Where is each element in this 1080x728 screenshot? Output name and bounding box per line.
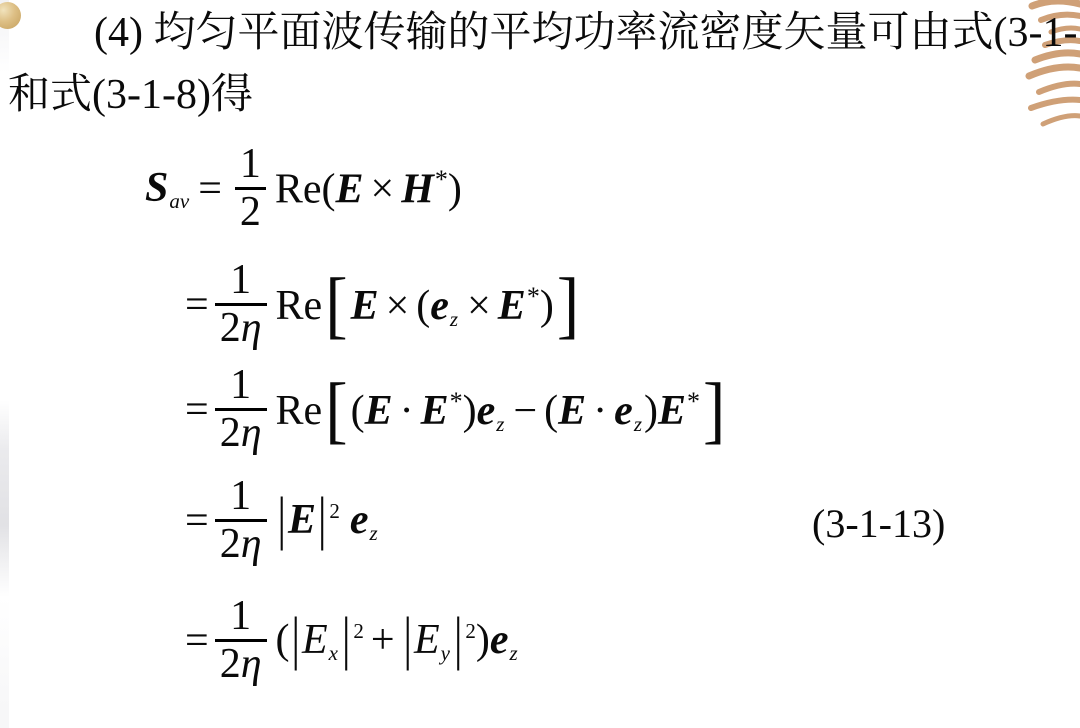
equation-line-3: = 1 2η Re[(E·E*)ez−(E·ez)E*] xyxy=(185,363,728,457)
den-two: 2 xyxy=(220,521,241,567)
squared-exponent: 2 xyxy=(465,619,476,643)
unit-vector-e: e xyxy=(350,497,369,543)
abs-bar-right: | xyxy=(318,488,326,553)
fraction-one-half: 1 2 xyxy=(235,142,266,236)
subscript-z: z xyxy=(370,521,378,545)
vector-E: E xyxy=(288,497,316,543)
equals-sign: = xyxy=(198,166,222,212)
left-paren: ( xyxy=(276,617,290,663)
abs-bar-left: | xyxy=(278,488,286,553)
big-right-bracket: ] xyxy=(557,263,579,346)
heading-line-1: (4) 均匀平面波传输的平均功率流密度矢量可由式(3-1-7) xyxy=(94,8,1080,58)
unit-vector-e: e xyxy=(490,617,509,663)
vector-S: S xyxy=(145,165,168,211)
den-eta: η xyxy=(241,641,262,687)
subscript-av: av xyxy=(169,189,189,213)
bead-decoration xyxy=(0,2,21,29)
re-operator: Re xyxy=(275,166,322,212)
big-left-bracket: [ xyxy=(325,263,347,346)
conjugate-star: * xyxy=(435,165,448,194)
equals-sign: = xyxy=(185,387,209,433)
equation-line-4: = 1 2η |E|2ez xyxy=(185,474,380,568)
vector-H: H xyxy=(401,166,434,212)
unit-vector-e: e xyxy=(430,283,449,329)
subscript-z: z xyxy=(450,307,458,331)
cross-sign: × xyxy=(371,166,395,212)
heading-line-2: 和式(3-1-8)得 xyxy=(8,70,253,120)
conjugate-star: * xyxy=(527,282,540,311)
left-paren: ( xyxy=(351,388,365,434)
equals-sign: = xyxy=(185,618,209,664)
fraction-one-over-2eta: 1 2η xyxy=(215,594,267,688)
lhs-S-av: Sav xyxy=(145,165,191,213)
cross-sign: × xyxy=(467,283,491,329)
dot-product-sign: · xyxy=(400,388,414,434)
vector-E: E xyxy=(658,388,686,434)
scalar-E: E xyxy=(302,617,328,663)
dot-product-sign: · xyxy=(593,388,607,434)
conjugate-star: * xyxy=(687,387,700,416)
den-two: 2 xyxy=(220,641,241,687)
numerator: 1 xyxy=(225,258,256,303)
component-sum-expression: (|Ex|2+|Ey|2)ez xyxy=(276,617,520,665)
right-paren: ) xyxy=(644,388,658,434)
abs-bar-left: | xyxy=(292,608,300,673)
right-paren: ) xyxy=(476,617,490,663)
fraction-one-over-2eta: 1 2η xyxy=(215,363,267,457)
equals-sign: = xyxy=(185,282,209,328)
re-operator: Re xyxy=(276,388,323,434)
magnitude-expression: |E|2ez xyxy=(276,497,380,545)
re-operator: Re xyxy=(276,283,323,329)
plus-sign: + xyxy=(371,617,395,663)
left-paren: ( xyxy=(416,283,430,329)
vector-E: E xyxy=(498,283,526,329)
vector-E: E xyxy=(351,283,379,329)
left-paren: ( xyxy=(322,166,336,212)
denominator: 2η xyxy=(215,522,267,567)
fraction-one-over-2eta: 1 2η xyxy=(215,474,267,568)
equation-line-2: = 1 2η Re[E×(ez×E*)] xyxy=(185,258,582,352)
equation-number: (3-1-13) xyxy=(812,500,945,547)
minus-sign: − xyxy=(513,388,537,434)
squared-exponent: 2 xyxy=(329,499,340,523)
numerator: 1 xyxy=(225,474,256,519)
den-eta: η xyxy=(241,305,262,351)
abs-bar-right: | xyxy=(454,608,462,673)
denominator: 2η xyxy=(215,411,267,456)
squared-exponent: 2 xyxy=(353,619,364,643)
abs-bar-right: | xyxy=(342,608,350,673)
subscript-z: z xyxy=(496,412,504,436)
vector-E: E xyxy=(336,166,364,212)
subscript-x: x xyxy=(329,641,338,665)
numerator: 1 xyxy=(235,142,266,187)
den-eta: η xyxy=(241,410,262,456)
equation-line-1: Sav = 1 2 Re(E×H*) xyxy=(145,142,462,236)
vector-E: E xyxy=(421,388,449,434)
right-paren: ) xyxy=(540,283,554,329)
vector-E: E xyxy=(558,388,586,434)
right-paren: ) xyxy=(463,388,477,434)
denominator: 2 xyxy=(235,190,266,235)
subscript-z: z xyxy=(634,412,642,436)
denominator: 2η xyxy=(215,642,267,687)
conjugate-star: * xyxy=(450,387,463,416)
abs-bar-left: | xyxy=(404,608,412,673)
den-two: 2 xyxy=(220,410,241,456)
den-two: 2 xyxy=(220,305,241,351)
re-bracket-expression: Re[(E·E*)ez−(E·ez)E*] xyxy=(276,373,729,447)
big-right-bracket: ] xyxy=(703,368,725,451)
left-paren: ( xyxy=(544,388,558,434)
vector-E: E xyxy=(365,388,393,434)
big-left-bracket: [ xyxy=(325,368,347,451)
right-paren: ) xyxy=(448,166,462,212)
unit-vector-e: e xyxy=(614,388,633,434)
denominator: 2η xyxy=(215,306,267,351)
numerator: 1 xyxy=(225,594,256,639)
cross-sign: × xyxy=(386,283,410,329)
subscript-z: z xyxy=(510,641,518,665)
fraction-one-over-2eta: 1 2η xyxy=(215,258,267,352)
unit-vector-e: e xyxy=(477,388,496,434)
equals-sign: = xyxy=(185,498,209,544)
subscript-y: y xyxy=(441,641,450,665)
slide: (4) 均匀平面波传输的平均功率流密度矢量可由式(3-1-7) 和式(3-1-8… xyxy=(0,0,1080,728)
scalar-E: E xyxy=(414,617,440,663)
equation-line-5: = 1 2η (|Ex|2+|Ey|2)ez xyxy=(185,594,520,688)
numerator: 1 xyxy=(225,363,256,408)
re-bracket-expression: Re[E×(ez×E*)] xyxy=(276,268,583,342)
den-eta: η xyxy=(241,521,262,567)
re-cross-product-expression: Re(E×H*) xyxy=(275,166,462,213)
